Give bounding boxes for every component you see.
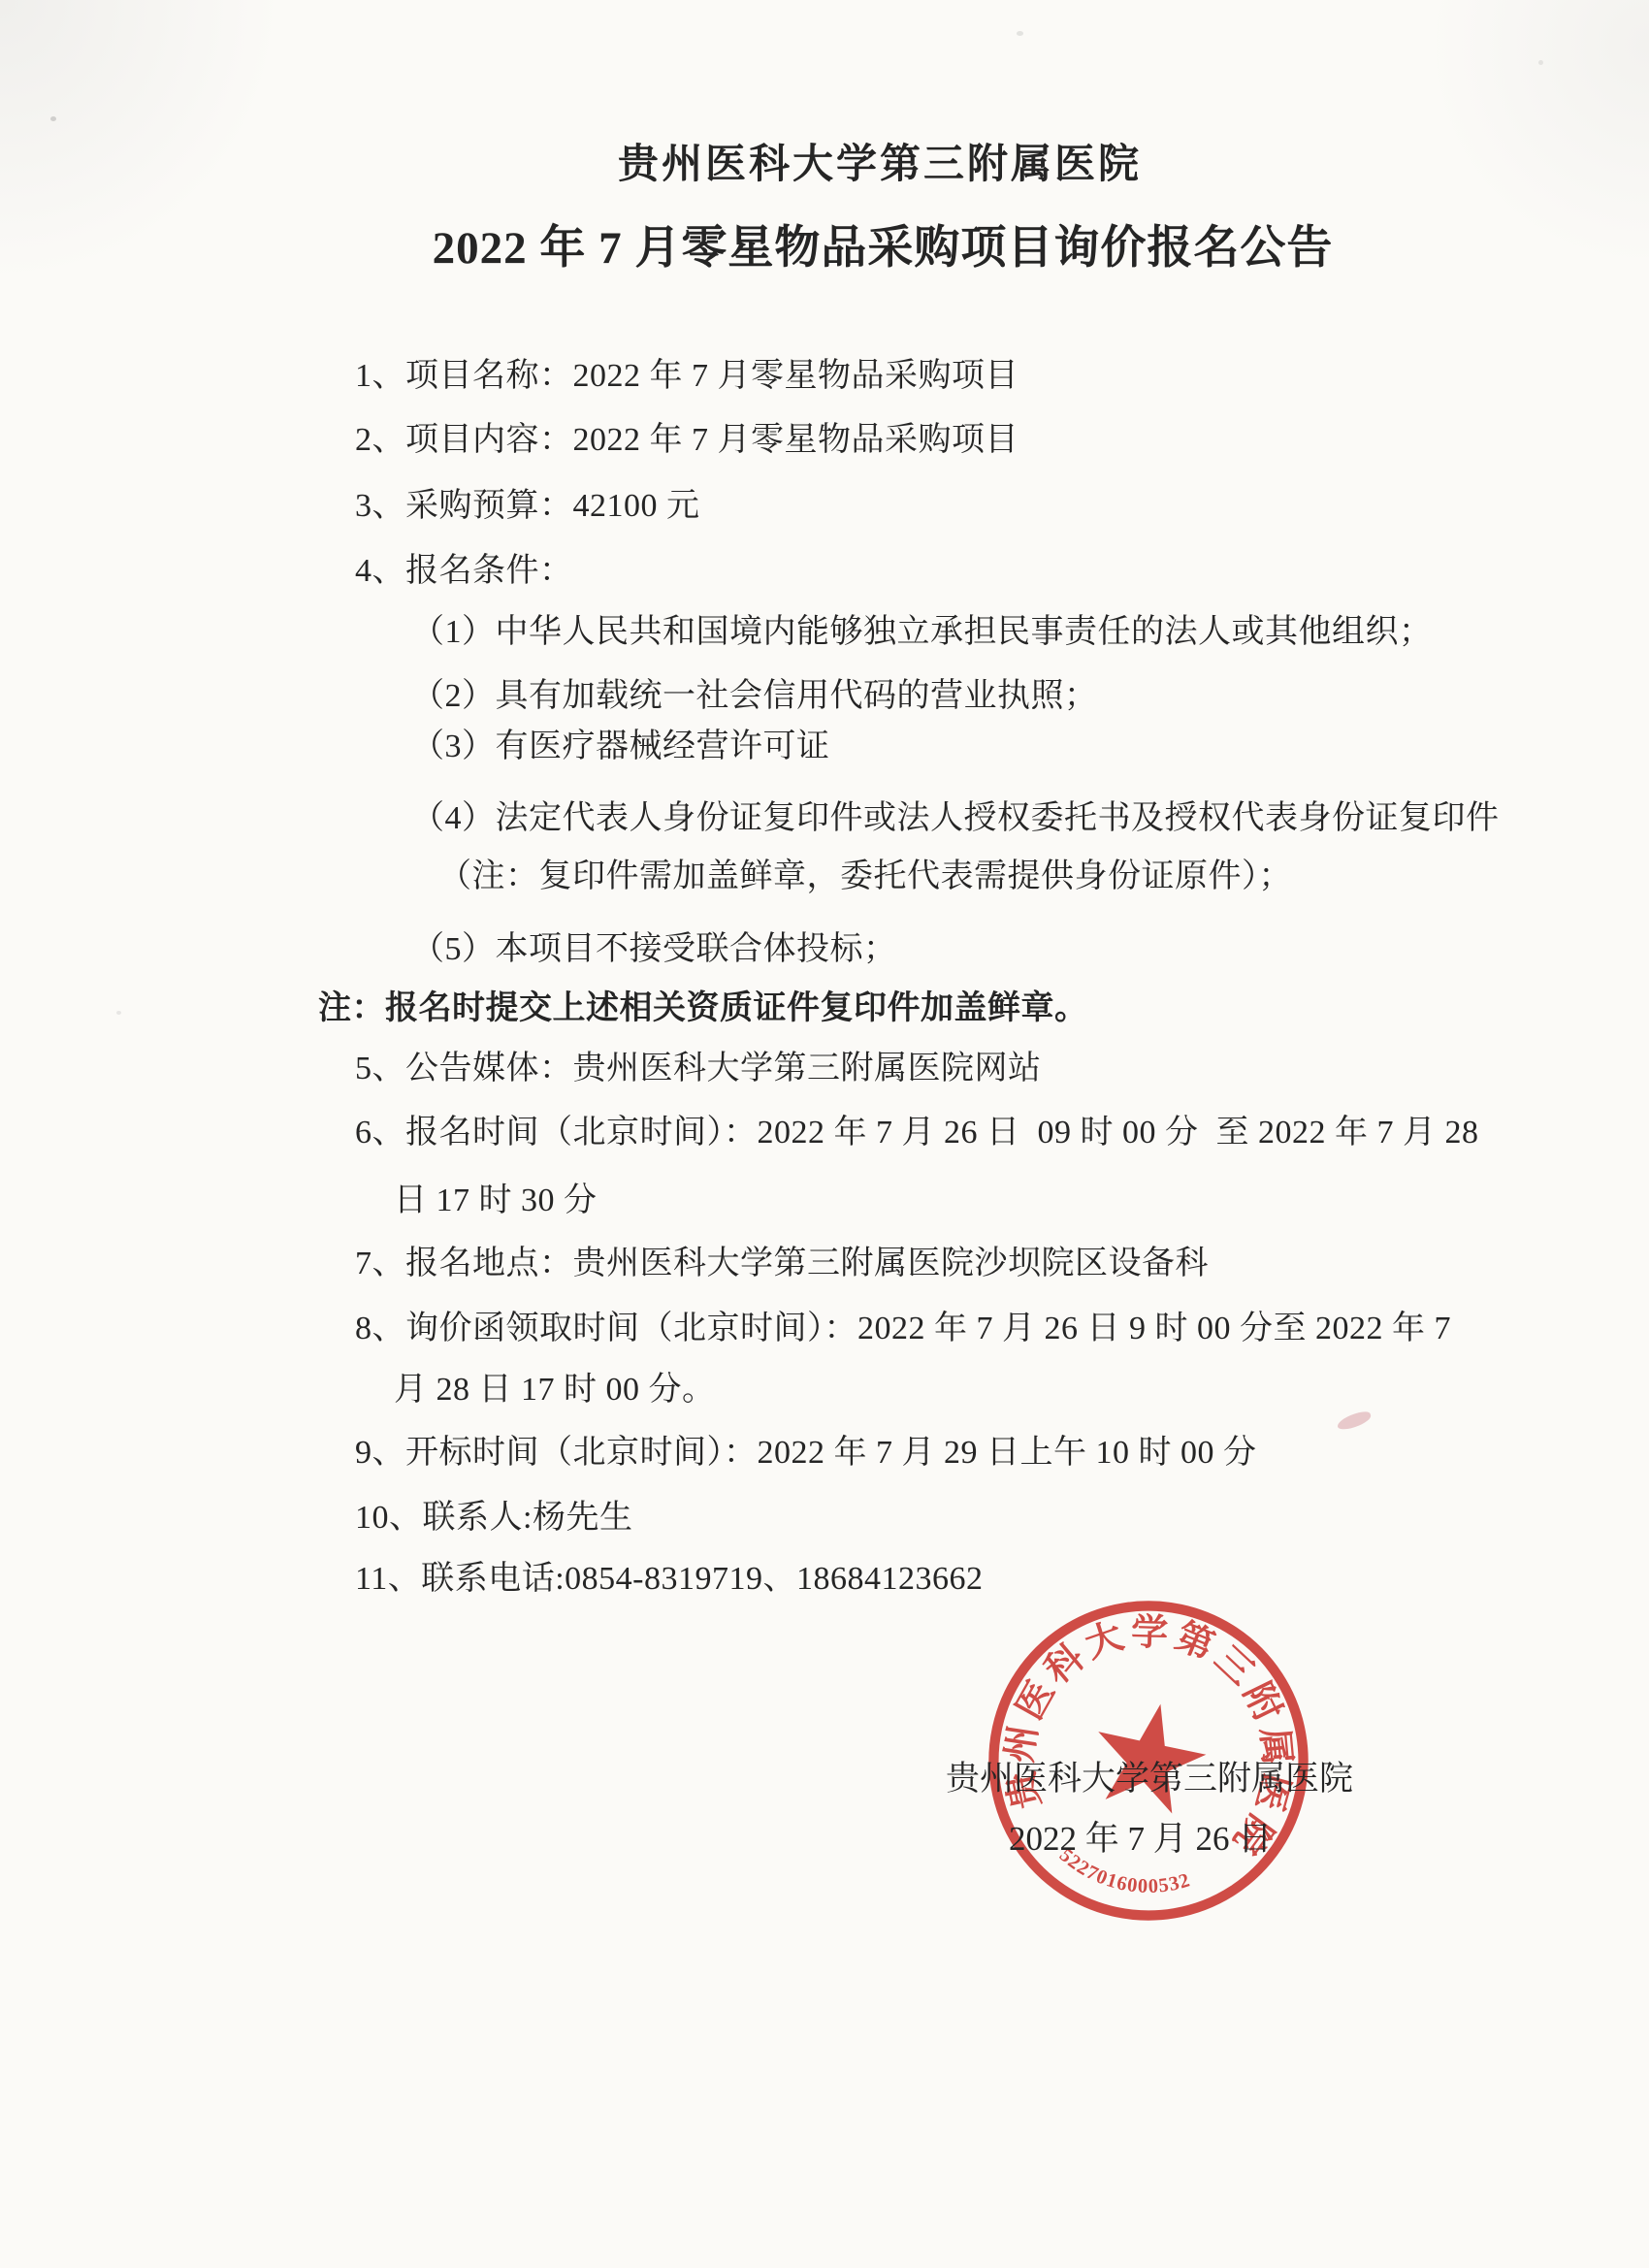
- line-item-6-signup-time: 6、报名时间（北京时间）：2022 年 7 月 26 日 09 时 00 分 至…: [355, 1112, 1479, 1154]
- line-condition-4-note: （注：复印件需加盖鲜章，委托代表需提供身份证原件）；: [438, 856, 1292, 898]
- line-item-8-inquiry-time: 8、询价函领取时间（北京时间）：2022 年 7 月 26 日 9 时 00 分…: [355, 1308, 1451, 1350]
- line-item-11-phone: 11、联系电话:0854-8319719、18684123662: [355, 1558, 984, 1601]
- line-item-8-continuation: 月 28 日 17 时 00 分。: [394, 1369, 716, 1411]
- line-condition-4: （4）法定代表人身份证复印件或法人授权委托书及授权代表身份证复印件: [411, 797, 1500, 840]
- signature-organization: 贵州医科大学第三附属医院: [946, 1752, 1353, 1800]
- line-condition-2: （2）具有加载统一社会信用代码的营业执照；: [411, 675, 1098, 718]
- line-item-2-project-content: 2、项目内容：2022 年 7 月零星物品采购项目: [355, 419, 1018, 462]
- scan-smudge: [1336, 1409, 1373, 1432]
- scan-speck: [1538, 60, 1543, 65]
- line-item-9-opening-time: 9、开标时间（北京时间）：2022 年 7 月 29 日上午 10 时 00 分: [355, 1432, 1257, 1474]
- document-title: 贵州医科大学第三附属医院: [0, 132, 1649, 190]
- scanned-announcement-page: 贵州医科大学第三附属医院 2022 年 7 月零星物品采购项目询价报名公告 1、…: [0, 0, 1649, 2268]
- document-subtitle: 2022 年 7 月零星物品采购项目询价报名公告: [0, 211, 1649, 276]
- signature-date: 2022 年 7 月 26 日: [1009, 1812, 1272, 1861]
- line-item-10-contact: 10、联系人:杨先生: [355, 1497, 632, 1539]
- line-important-note: 注：报名时提交上述相关资质证件复印件加盖鲜章。: [318, 988, 1088, 1030]
- line-item-6-continuation: 日 17 时 30 分: [394, 1180, 598, 1222]
- line-condition-5: （5）本项目不接受联合体投标；: [411, 928, 897, 971]
- line-condition-1: （1）中华人民共和国境内能够独立承担民事责任的法人或其他组织；: [411, 611, 1433, 654]
- line-item-7-signup-place: 7、报名地点：贵州医科大学第三附属医院沙坝院区设备科: [355, 1243, 1209, 1285]
- scan-speck: [1017, 31, 1023, 36]
- line-item-4-conditions: 4、报名条件：: [355, 550, 573, 593]
- line-item-5-media: 5、公告媒体：贵州医科大学第三附属医院网站: [355, 1048, 1042, 1090]
- scan-speck: [116, 1011, 121, 1015]
- line-item-3-budget: 3、采购预算：42100 元: [355, 485, 700, 528]
- line-item-1-project-name: 1、项目名称：2022 年 7 月零星物品采购项目: [355, 355, 1018, 398]
- line-condition-3: （3）有医疗器械经营许可证: [411, 726, 830, 768]
- scan-speck: [50, 116, 56, 121]
